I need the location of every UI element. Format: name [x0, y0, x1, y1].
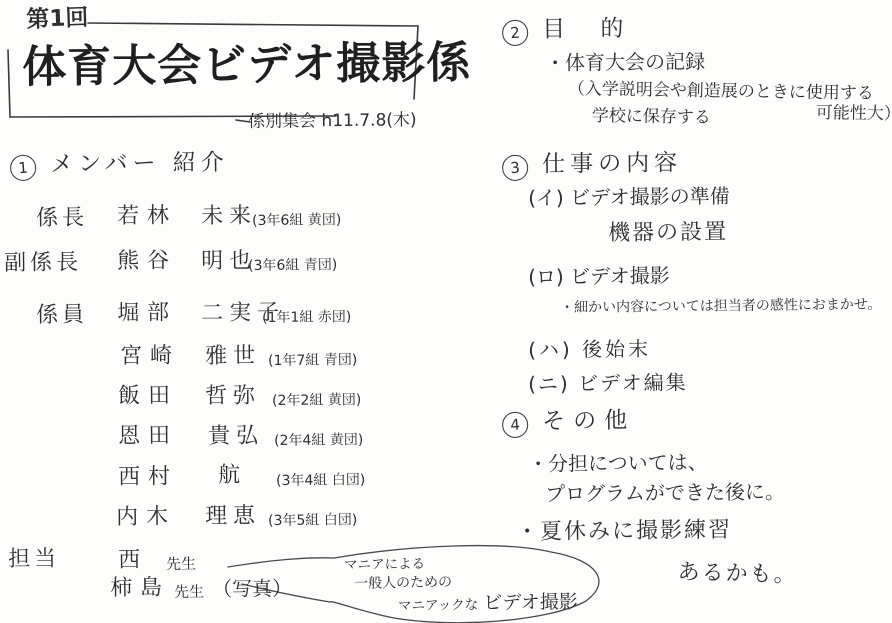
balloon-line-1: マニアによる — [344, 557, 425, 573]
advisor-note: （写真） — [212, 577, 292, 600]
work-item-c: (ハ) 後始末 — [528, 338, 651, 361]
title-frame-top-line — [88, 23, 418, 26]
meeting-date-note: 係別集会 h11.7.8(木) — [248, 111, 417, 131]
member-note: (3年5組 白団) — [268, 513, 357, 529]
other-line-3: ・夏休みに撮影練習 — [516, 519, 732, 545]
advisor-suffix: 先生 — [174, 584, 204, 601]
member-given: 雅世 — [205, 344, 261, 369]
member-family: 若林 — [117, 204, 177, 229]
member-note: (1年1組 赤団) — [262, 310, 351, 326]
section-work-heading: 3仕事の内容 — [502, 151, 682, 180]
balloon-line-2: 一般人のための — [354, 575, 452, 592]
purpose-paren-line-1: （入学説明会や創造展のときに使用する — [568, 80, 874, 103]
member-family: 西村 — [118, 465, 178, 490]
work-heading-label: 仕事の内容 — [542, 150, 682, 177]
circled-number-4: 4 — [501, 410, 529, 438]
purpose-paren-right: 可能性大） — [816, 104, 892, 124]
member-family: 堀部 — [117, 301, 177, 326]
member-given: 哲弥 — [205, 384, 261, 409]
circled-number-1: 1 — [9, 153, 37, 181]
work-item-a-sub: 機器の設置 — [608, 221, 728, 246]
circled-number-3: 3 — [501, 153, 529, 181]
edition-label: 第1回 — [26, 6, 89, 33]
other-line-1: ・分担については、 — [528, 451, 708, 475]
member-note: (3年6組 青団) — [248, 258, 337, 274]
other-line-2: プログラムができた後に。 — [545, 480, 785, 505]
member-given: 航 — [218, 464, 246, 488]
members-heading-label: メンバー 紹介 — [50, 150, 229, 178]
page-title: 体育大会ビデオ撮影係 — [22, 39, 472, 92]
circled-number-2: 2 — [501, 18, 529, 46]
member-role: 副係長 — [4, 251, 82, 276]
purpose-heading-label: 目 的 — [542, 16, 638, 43]
advisor-name: 柿島 — [110, 576, 170, 601]
member-role: 係員 — [36, 303, 88, 328]
member-family: 恩田 — [118, 424, 178, 449]
member-family: 内木 — [116, 505, 176, 530]
balloon-line-3: マニアックな ビデオ撮影 — [398, 592, 578, 615]
section-members-heading: 1メンバー 紹介 — [10, 151, 229, 181]
member-family: 宮崎 — [120, 344, 180, 369]
member-given: 理恵 — [205, 504, 261, 529]
member-family: 熊谷 — [117, 249, 177, 274]
handwritten-memo-page: 第1回 体育大会ビデオ撮影係 係別集会 h11.7.8(木) 1メンバー 紹介 … — [0, 0, 892, 623]
balloon-line-3-big: ビデオ撮影 — [483, 591, 578, 614]
section-purpose-heading: 2目 的 — [502, 17, 638, 46]
other-line-4: あるかも。 — [677, 561, 798, 588]
member-note: (3年6組 黄団) — [252, 213, 341, 229]
balloon-line-3-small: マニアックな — [398, 597, 478, 614]
member-family: 飯田 — [118, 384, 178, 409]
advisor-name: 西 — [118, 549, 148, 574]
member-note: (3年4組 白団) — [276, 473, 365, 489]
work-item-b: (ロ) ビデオ撮影 — [528, 265, 670, 288]
advisor-suffix: 先生 — [166, 556, 196, 573]
title-frame-left-line — [8, 50, 10, 117]
member-note: (2年4組 黄団) — [274, 433, 363, 449]
member-note: (1年7組 青団) — [268, 353, 357, 369]
work-item-a: (イ) ビデオ撮影の準備 — [528, 185, 730, 209]
section-other-heading: 4その他 — [502, 409, 635, 438]
member-role: 係長 — [36, 206, 88, 231]
work-item-d: (ニ) ビデオ編集 — [528, 371, 688, 395]
member-note: (2年2組 黄団) — [272, 393, 361, 409]
member-given: 貴弘 — [208, 424, 264, 449]
member-given: 未来 — [201, 204, 257, 229]
purpose-paren-line-2: 学校に保存する — [592, 107, 711, 128]
advisor-label: 担当 — [8, 547, 60, 572]
other-heading-label: その他 — [542, 408, 635, 435]
work-item-b-note: ・細かい内容については担当者の感性におまかせ。 — [560, 298, 881, 317]
purpose-bullet: ・体育大会の記録 — [545, 50, 705, 74]
